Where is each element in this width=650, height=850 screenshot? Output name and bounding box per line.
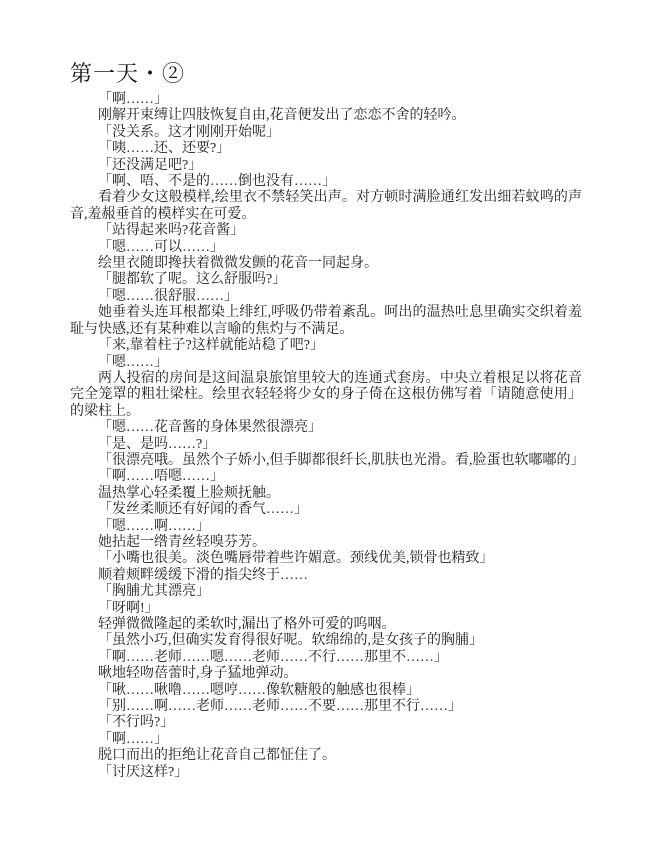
story-paragraph: 轻弹微微隆起的柔软时,漏出了格外可爱的呜咽。 [70, 617, 582, 633]
story-paragraph: 啾地轻吻蓓蕾时,身子猛地弹动。 [70, 666, 582, 682]
story-paragraph: 「不行吗?」 [70, 715, 582, 731]
story-paragraph: 「来,靠着柱子?这样就能站稳了吧?」 [70, 338, 582, 354]
story-text: 「啊……」刚解开束缚让四肢恢复自由,花音便发出了恋恋不舍的轻吟。「没关系。这才刚… [70, 92, 582, 781]
story-paragraph: 温热掌心轻柔覆上脸颊抚触。 [70, 486, 582, 502]
story-paragraph: 她拈起一绺青丝轻嗅芬芳。 [70, 535, 582, 551]
story-paragraph: 「腿都软了呢。这么舒服吗?」 [70, 272, 582, 288]
story-paragraph: 「啊……」 [70, 92, 582, 108]
story-paragraph: 刚解开束缚让四肢恢复自由,花音便发出了恋恋不舍的轻吟。 [70, 108, 582, 124]
story-paragraph: 「呀啊!」 [70, 601, 582, 617]
story-paragraph: 「嗯……花音酱的身体果然很漂亮」 [70, 420, 582, 436]
story-paragraph: 「嗯……很舒服……」 [70, 289, 582, 305]
story-paragraph: 脱口而出的拒绝让花音自己都怔住了。 [70, 748, 582, 764]
story-paragraph: 看着少女这般模样,绘里衣不禁轻笑出声。对方顿时满脸通红发出细若蚊鸣的声音,羞赧垂… [70, 190, 582, 223]
story-paragraph: 「啊……唔嗯……」 [70, 469, 582, 485]
story-paragraph: 「小嘴也很美。淡色嘴唇带着些许媚意。颈线优美,锁骨也精致」 [70, 551, 582, 567]
story-paragraph: 两人投宿的房间是这间温泉旅馆里较大的连通式套房。中央立着根足以将花音完全笼罩的粗… [70, 371, 582, 420]
story-paragraph: 绘里衣随即搀扶着微微发颤的花音一同起身。 [70, 256, 582, 272]
story-paragraph: 「啊、唔、不是的……倒也没有……」 [70, 174, 582, 190]
story-paragraph: 顺着颊畔缓缓下滑的指尖终于…… [70, 568, 582, 584]
story-paragraph: 「嗯……可以……」 [70, 240, 582, 256]
story-paragraph: 「啾……啾噜……嗯哼……像软糖般的触感也很棒」 [70, 683, 582, 699]
story-paragraph: 「没关系。这才刚刚开始呢」 [70, 125, 582, 141]
document-page: 第一天・② 「啊……」刚解开束缚让四肢恢复自由,花音便发出了恋恋不舍的轻吟。「没… [0, 0, 650, 850]
story-paragraph: 她垂着头连耳根都染上绯红,呼吸仍带着紊乱。呵出的温热吐息里确实交织着羞耻与快感,… [70, 305, 582, 338]
story-paragraph: 「嗯……」 [70, 355, 582, 371]
story-paragraph: 「别……啊……老师……老师……不要……那里不行……」 [70, 699, 582, 715]
story-paragraph: 「是、是吗……?」 [70, 437, 582, 453]
story-paragraph: 「还没满足吧?」 [70, 158, 582, 174]
story-paragraph: 「嗯……啊……」 [70, 519, 582, 535]
story-paragraph: 「咦……还、还要?」 [70, 141, 582, 157]
story-paragraph: 「虽然小巧,但确实发育得很好呢。软绵绵的,是女孩子的胸脯」 [70, 633, 582, 649]
story-paragraph: 「胸脯尤其漂亮」 [70, 584, 582, 600]
story-paragraph: 「讨厌这样?」 [70, 765, 582, 781]
story-paragraph: 「啊……老师……嗯……老师……不行……那里不……」 [70, 650, 582, 666]
page-title: 第一天・② [70, 59, 185, 89]
story-paragraph: 「啊……」 [70, 732, 582, 748]
story-paragraph: 「发丝柔顺还有好闻的香气……」 [70, 502, 582, 518]
story-paragraph: 「站得起来吗?花音酱」 [70, 223, 582, 239]
story-paragraph: 「很漂亮哦。虽然个子娇小,但手脚都很纤长,肌肤也光滑。看,脸蛋也软嘟嘟的」 [70, 453, 582, 469]
